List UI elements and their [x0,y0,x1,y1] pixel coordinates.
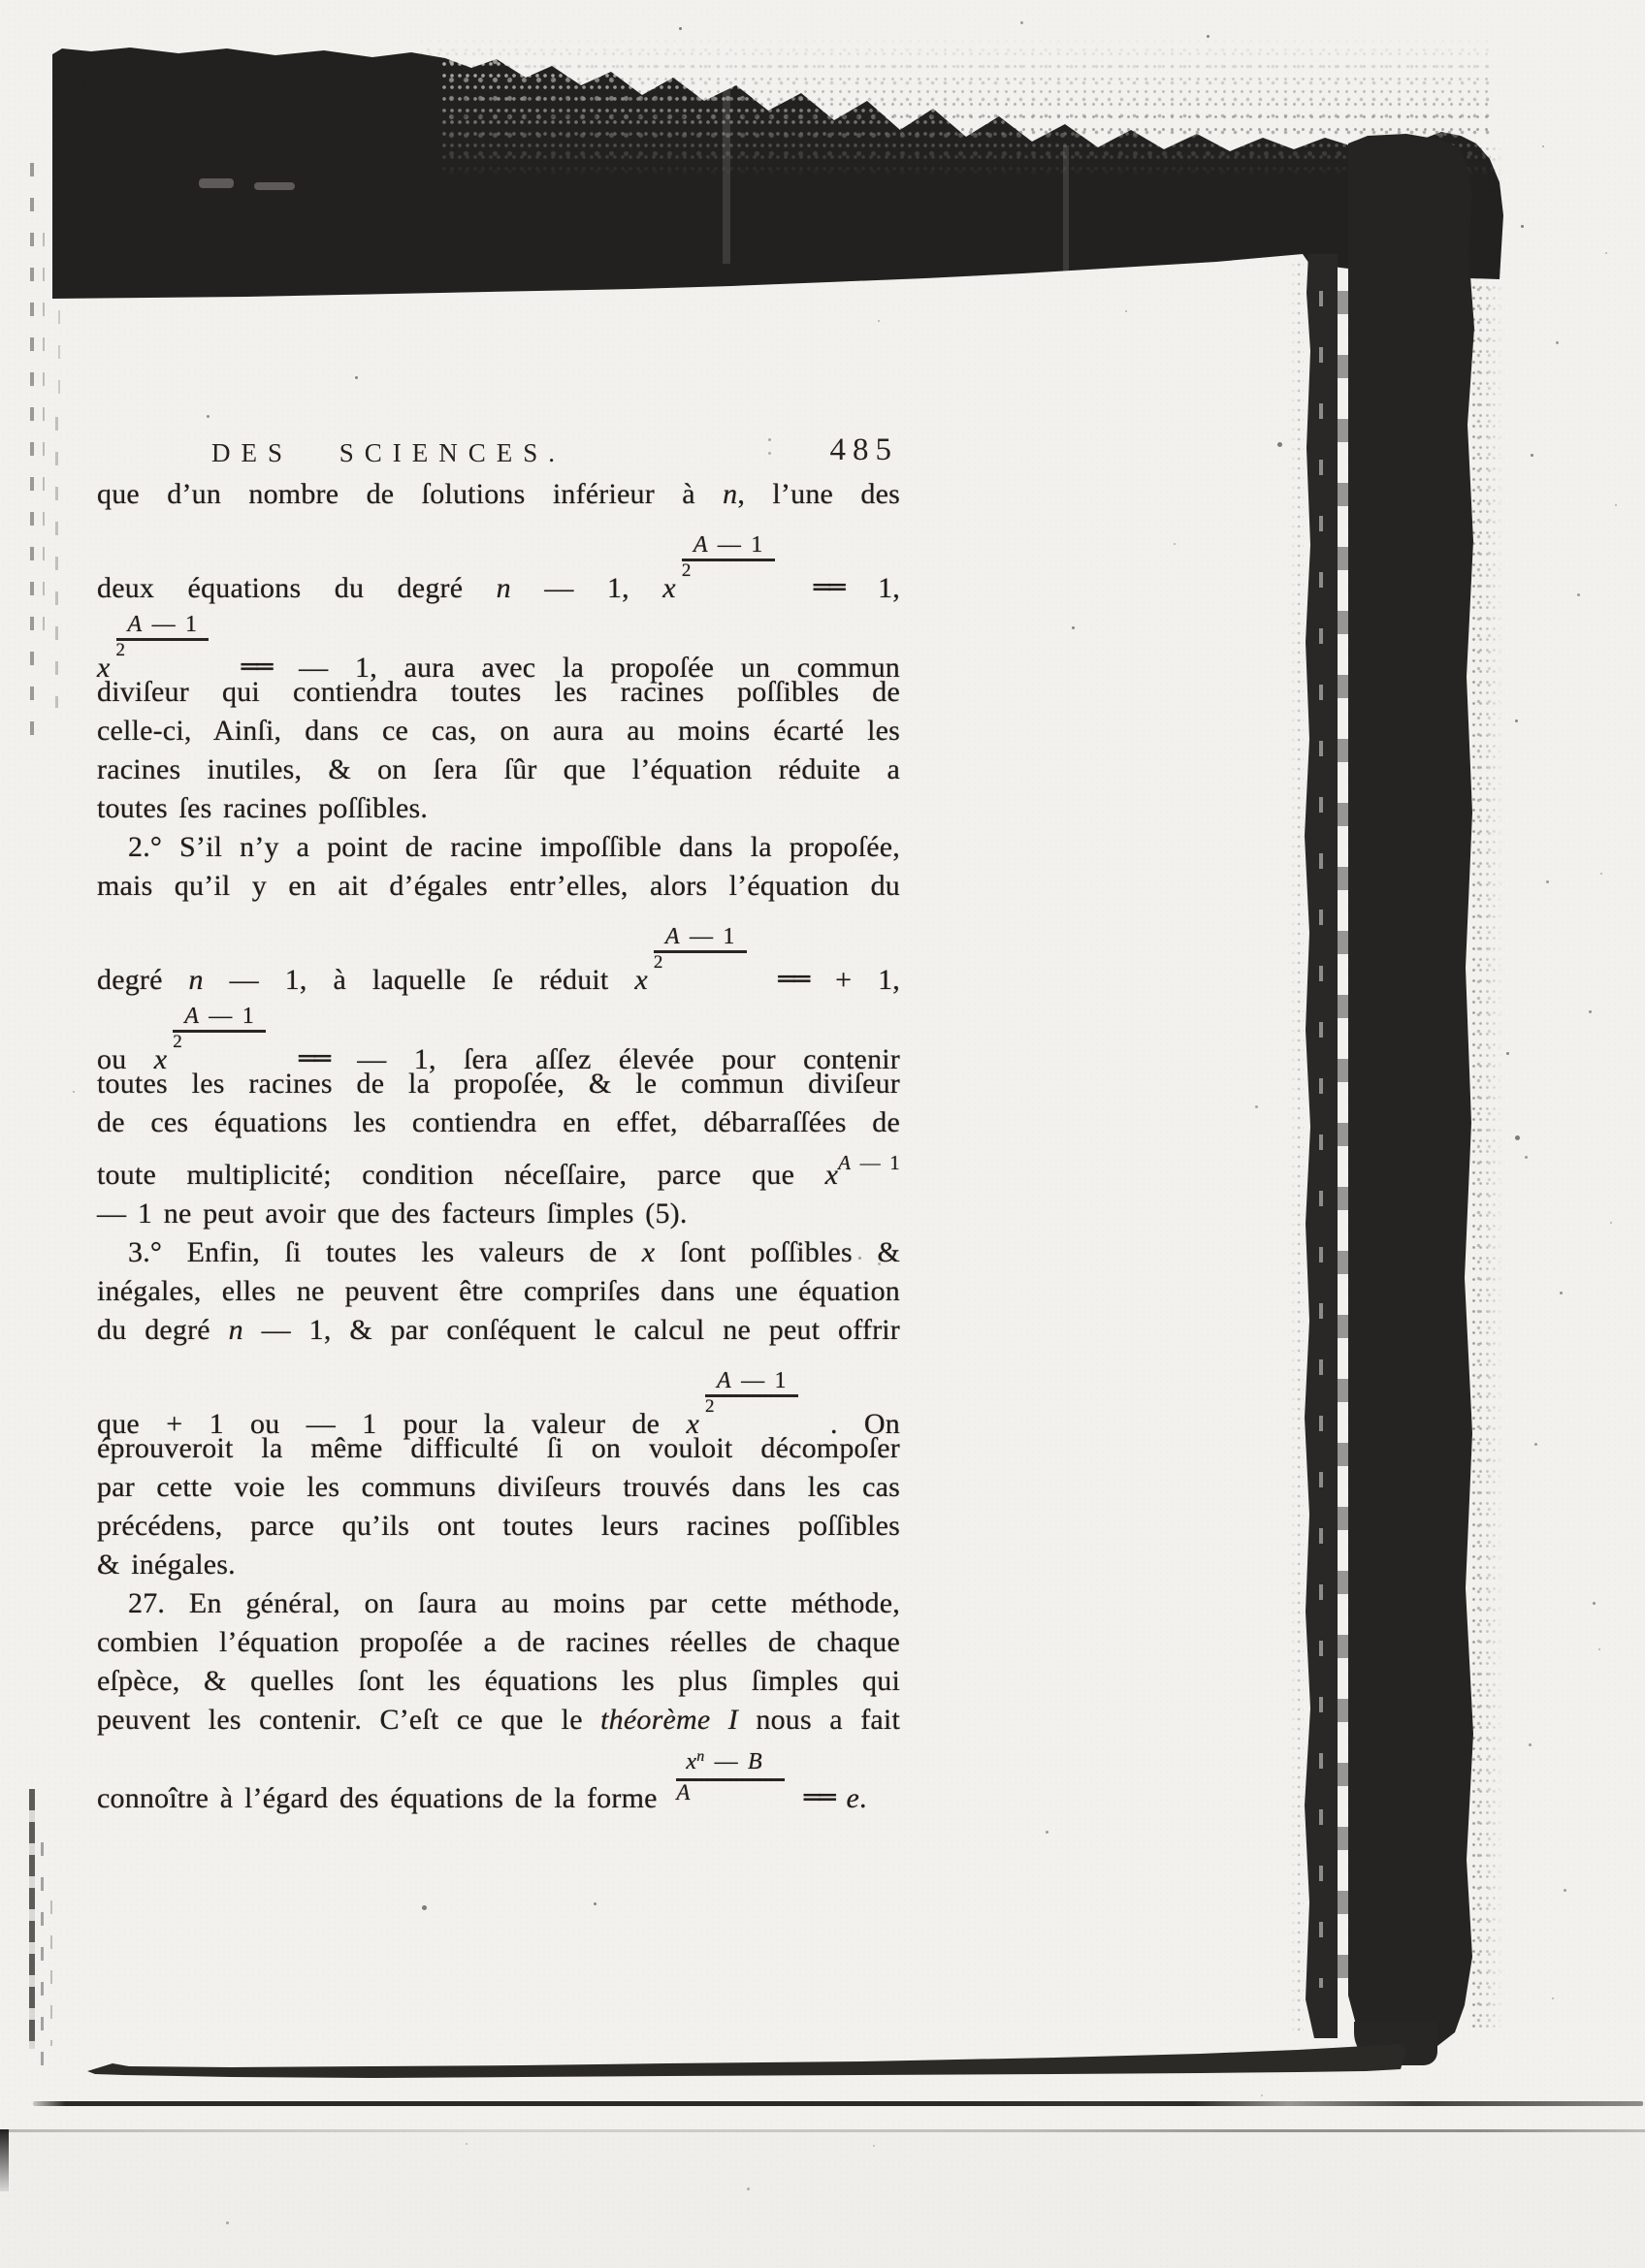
text-run: — 1 [680,924,735,949]
fraction-denominator: 2 [682,561,775,579]
text-run: & inégales. [97,1549,236,1581]
scan-toner-band-right [1348,134,1476,2048]
text-run: A [717,1368,731,1393]
text-run: , l’une des [737,478,900,510]
fraction-denominator: 2 [116,641,210,658]
text-line: que d’un nombre de ſolutions inférieur à… [97,475,900,514]
text-line: diviſeur qui contiendra toutes les racin… [97,673,900,712]
text-run: toutes les racines de la propoſée, & le … [97,1068,900,1100]
scan-streaks-left [55,417,58,708]
text-run: par cette voie les communs diviſeurs tro… [97,1471,900,1503]
scan-streaks-left [30,163,34,745]
scan-bottom-stroke [85,2040,1406,2096]
text-run: x [634,964,648,996]
scan-bottom-rule [33,2101,1643,2106]
scan-toner-fuzz-top [417,35,1494,136]
text-run: diviſeur qui contiendra toutes les racin… [97,676,900,708]
text-run: combien l’équation propoſée a de racines… [97,1626,900,1658]
text-run: B [748,1749,762,1774]
fraction-numerator: A — 1 [173,1005,266,1033]
text-run: A [838,1151,851,1174]
text-run: x [825,1159,839,1191]
text-run: — 1 ne peut avoir que des facteurs ſimpl… [97,1198,688,1230]
scan-speckles [0,0,2,2]
text-run: + 1, [809,964,900,996]
scan-toner-fuzz-right [1470,144,1503,2034]
text-run: n [497,572,511,604]
text-line: eſpèce, & quelles ſont les équations les… [97,1662,900,1701]
scan-copy-strip [0,2132,1645,2268]
text-line: toutes les racines de la propoſée, & le … [97,1065,900,1103]
text-line: racines inutiles, & on ſera ſûr que l’éq… [97,751,900,789]
text-run: . [859,1782,867,1814]
text-run: 2 [173,1032,182,1052]
text-line: toute multiplicité; condition néceſſaire… [97,1156,900,1195]
text-run: théorème I [600,1704,738,1736]
text-line: xA — 12 ══ — 1, aura avec la propoſée un… [97,634,900,673]
text-line: inégales, elles ne peuvent être compriſe… [97,1272,900,1311]
scan-streaks-left [43,233,45,650]
text-line: connoître à l’égard des équations de la … [97,1757,900,1796]
text-line: toutes ſes racines poſſibles. [97,789,900,828]
text-run: — 1, [511,572,662,604]
text-run: x [642,1236,656,1268]
fraction-denominator: A [676,1781,785,1804]
text-run: n [189,964,204,996]
text-run: nous a fait [738,1704,900,1736]
text-line: de ces équations les contiendra en effet… [97,1103,900,1142]
fraction-numerator: A — 1 [682,533,775,561]
text-run: eſpèce, & quelles ſont les équations les… [97,1665,900,1697]
text-line: — 1 ne peut avoir que des facteurs ſimpl… [97,1195,900,1233]
scan-corner-mark [0,2129,9,2191]
scan-gap-dashes [1338,291,1348,1978]
text-run: toutes ſes racines poſſibles. [97,792,428,824]
fraction-numerator: A — 1 [116,613,210,641]
text-run [753,964,779,996]
text-run: A [128,612,143,637]
text-run: n [723,478,737,510]
text-run: 2 [682,560,692,581]
text-run: éprouveroit la même difficulté ſi on vou… [97,1432,900,1464]
fraction-numerator: A — 1 [705,1369,798,1397]
fraction-exponent: A — 12 [654,925,747,971]
text-line: degré n — 1, à laquelle ſe réduit xA — 1… [97,946,900,985]
text-run: celle-ci, Ainſi, dans ce cas, on aura au… [97,715,900,747]
text-run: 3.° Enfin, ſi toutes les valeurs de [128,1236,642,1268]
text-line: & inégales. [97,1546,900,1584]
text-run: de ces équations les contiendra en effet… [97,1106,900,1138]
text-run [835,1782,847,1814]
text-run: racines inutiles, & on ſera ſûr que l’éq… [97,753,900,785]
text-line: par cette voie les communs diviſeurs tro… [97,1468,900,1507]
text-run: — [704,1749,748,1774]
text-run: degré [97,964,189,996]
text-run: — 1 [142,612,197,637]
text-run: A [676,1780,690,1805]
scan-streaks-left [58,310,60,398]
text-run: A [184,1004,199,1029]
text-line: combien l’équation propoſée a de racines… [97,1623,900,1662]
text-run: x [686,1749,696,1774]
equals-sign: ══ [814,568,845,607]
scan-seam-light [1063,145,1069,277]
scan-ghost-mark [199,178,234,188]
text-column: DES SCIENCES. 485 que d’un nombre de ſol… [97,432,900,1796]
fraction-exponent: A — 12 [682,533,775,579]
running-title: DES SCIENCES. [211,438,565,468]
fraction-exponent: A — 12 [173,1005,266,1050]
text-run [781,572,814,604]
text-run: inégales, elles ne peuvent être compriſe… [97,1275,900,1307]
text-run: — 1, & par conſéquent le calcul ne peut … [243,1314,900,1346]
text-run: du degré [97,1314,229,1346]
text-line: ou xA — 12 ══ — 1, ſera aſſez élevée pou… [97,1026,900,1065]
text-run: — 1 [851,1151,900,1174]
fraction-denominator: 2 [654,953,747,971]
text-line: celle-ci, Ainſi, dans ce cas, on aura au… [97,712,900,751]
text-run: mais qu’il y en ait d’égales entr’elles,… [97,870,900,902]
text-run: connoître à l’égard des équations de la … [97,1782,668,1814]
text-run: e [846,1782,859,1814]
text-run: ſont poſſibles & [655,1236,900,1268]
text-run [792,1782,804,1814]
fraction-exponent: A — 12 [116,613,210,658]
text-run: x [662,572,676,604]
text-line: deux équations du degré n — 1, xA — 12 ═… [97,555,900,593]
text-run: — 1, à laquelle ſe réduit [204,964,635,996]
fraction-numerator: xn — B [676,1749,785,1781]
scan-streaks-left-lower [29,1789,35,2049]
fraction-denominator: 2 [705,1397,798,1415]
text-line: peuvent les contenir. C’eſt ce que le th… [97,1701,900,1740]
text-run: 1, [845,572,900,604]
superscript-small: n [696,1744,704,1770]
text-run: A [665,924,680,949]
fraction-exponent: A — 12 [705,1369,798,1415]
text-run: — 1 [731,1368,787,1393]
text-line: éprouveroit la même difficulté ſi on vou… [97,1429,900,1468]
scanned-page: DES SCIENCES. 485 que d’un nombre de ſol… [0,0,1645,2268]
page-number: 485 [830,432,899,468]
text-run: 27. En général, on ſaura au moins par ce… [128,1587,900,1619]
superscript-exponent: A — 1 [838,1153,900,1172]
text-run: — 1 [199,1004,254,1029]
equals-sign: ══ [804,1778,835,1817]
scan-toner-fuzz-left [1290,260,1304,2034]
text-run: 2.° S’il n’y a point de racine impoſſibl… [128,831,900,863]
scan-streaks-left-lower [50,1901,52,2046]
page-header: DES SCIENCES. 485 [97,432,900,475]
equals-sign: ══ [778,960,809,999]
text-run: 2 [116,640,126,660]
text-run: deux équations du degré [97,572,497,604]
text-line: 2.° S’il n’y a point de racine impoſſibl… [97,828,900,867]
text-run: que d’un nombre de ſolutions inférieur à [97,478,723,510]
fraction-denominator: 2 [173,1033,266,1050]
text-line: du degré n — 1, & par conſéquent le calc… [97,1311,900,1350]
text-line: 3.° Enfin, ſi toutes les valeurs de x ſo… [97,1233,900,1272]
fraction-expression: xn — BA [676,1749,785,1804]
text-run: A [693,532,708,558]
scan-seam-light [723,56,730,264]
text-line: 27. En général, on ſaura au moins par ce… [97,1584,900,1623]
text-run: — 1 [708,532,763,558]
text-line: mais qu’il y en ait d’égales entr’elles,… [97,867,900,906]
scan-ghost-mark [254,182,295,190]
fraction-numerator: A — 1 [654,925,747,953]
text-run: 2 [705,1396,715,1417]
text-line: que + 1 ou — 1 pour la valeur de xA — 12… [97,1390,900,1429]
text-run: n [229,1314,243,1346]
text-line: précédens, parce qu’ils ont toutes leurs… [97,1507,900,1546]
scan-streaks-left-lower [41,1842,44,2065]
text-run: précédens, parce qu’ils ont toutes leurs… [97,1510,900,1542]
scan-strip-scratch [1319,291,1323,1988]
text-run: peuvent les contenir. C’eſt ce que le [97,1704,600,1736]
text-run: toute multiplicité; condition néceſſaire… [97,1159,825,1191]
text-run: 2 [654,952,663,973]
